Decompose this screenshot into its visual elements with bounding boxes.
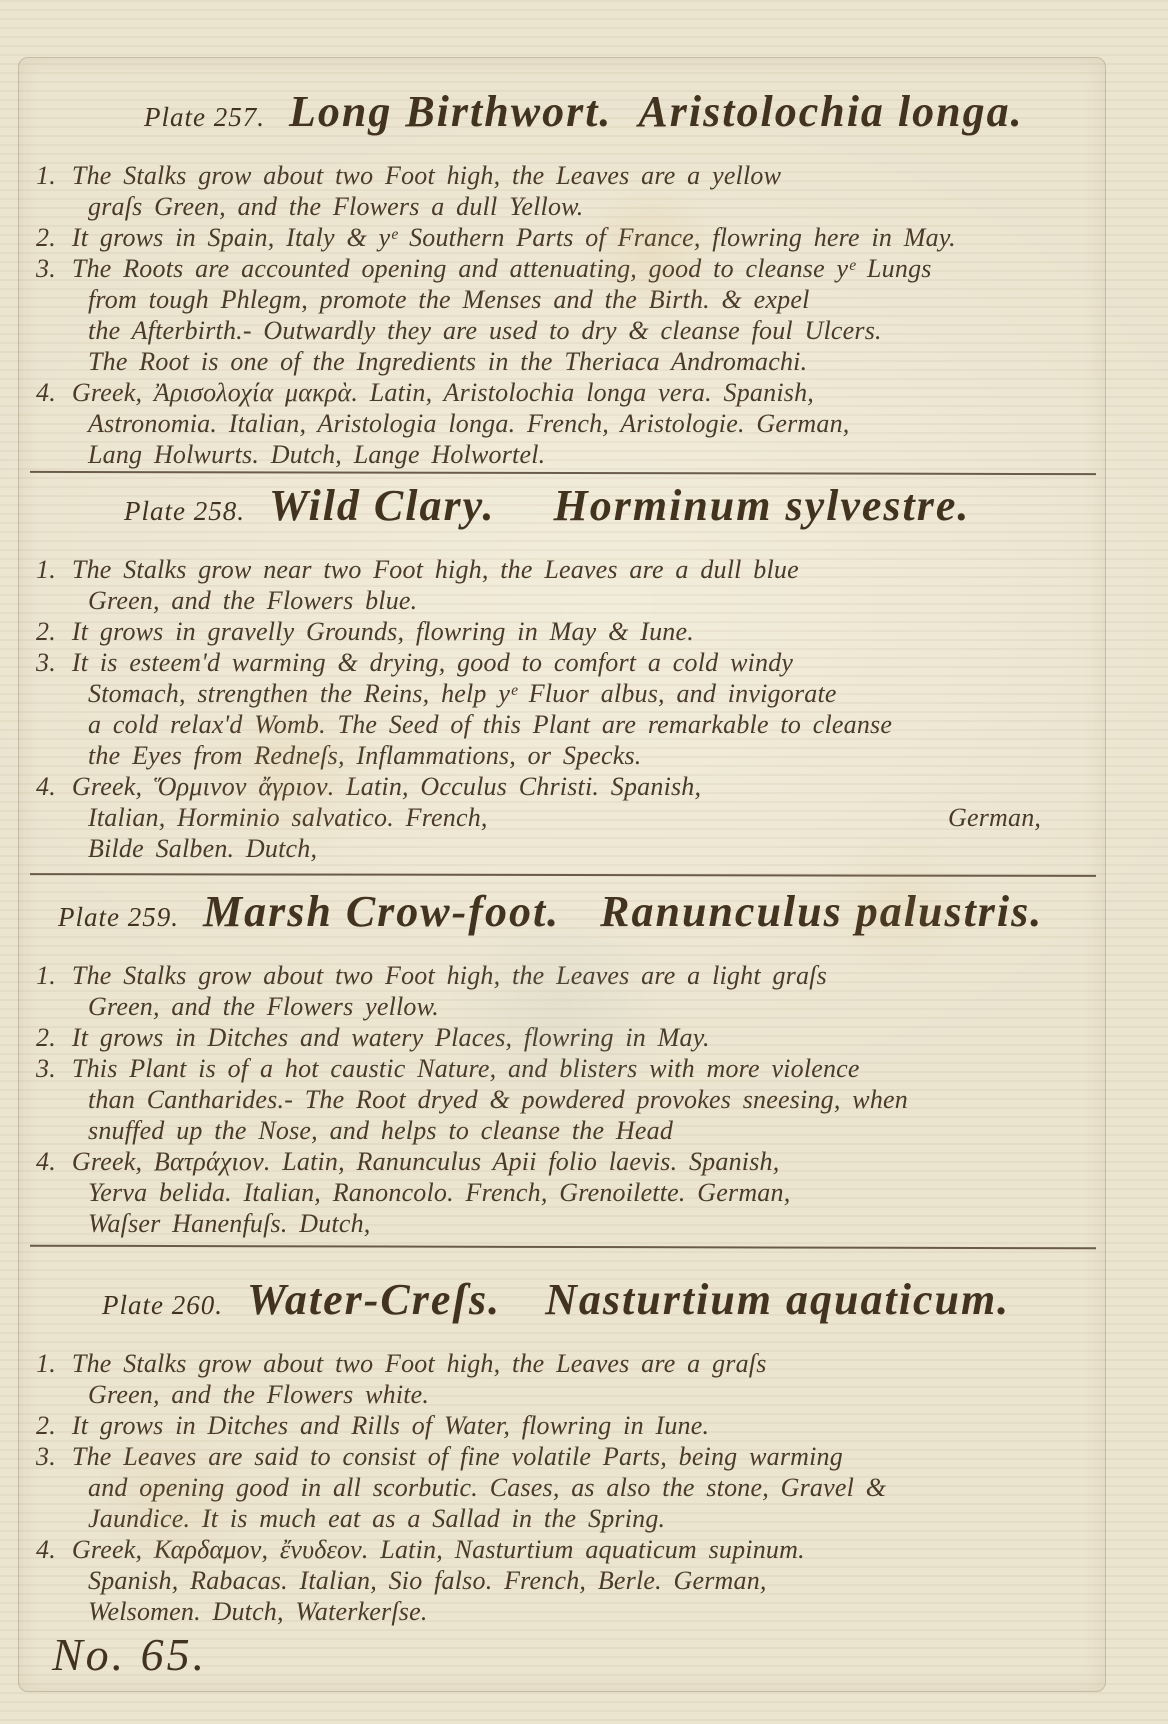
item-line: 4.Greek, Καρδαμον, ἔνυδεον. Latin, Nastu… — [36, 1534, 1098, 1565]
description-item: 1.The Stalks grow about two Foot high, t… — [36, 960, 1098, 1022]
description-item: 3.The Leaves are said to consist of fine… — [36, 1441, 1098, 1534]
item-text: The Roots are accounted opening and atte… — [72, 254, 932, 283]
item-line: Astronomia. Italian, Aristologia longa. … — [88, 408, 1098, 439]
item-line: Yerva belida. Italian, Ranoncolo. French… — [88, 1177, 1098, 1208]
item-line: 2.It grows in gravelly Grounds, flowring… — [36, 616, 1098, 647]
item-line: 3.It is esteem'd warming & drying, good … — [36, 647, 1098, 678]
page-number: No. 65. — [52, 1628, 207, 1681]
item-line: from tough Phlegm, promote the Menses an… — [88, 284, 1098, 315]
plate-number-label: Plate 260. — [102, 1290, 223, 1320]
item-line: 1.The Stalks grow about two Foot high, t… — [36, 960, 1098, 991]
names-in-languages-item: 4.Greek, Καρδαμον, ἔνυδεον. Latin, Nastu… — [36, 1534, 1098, 1627]
item-line: 1.The Stalks grow about two Foot high, t… — [36, 160, 1098, 191]
item-text: It is esteem'd warming & drying, good to… — [72, 648, 793, 677]
item-line: graſs Green, and the Flowers a dull Yell… — [88, 191, 1098, 222]
item-number: 1. — [36, 555, 56, 584]
item-line: 2.It grows in Ditches and watery Places,… — [36, 1022, 1098, 1053]
plant-name-latin: Aristolochia longa. — [638, 87, 1023, 136]
item-text: Greek, Βατράχιον. Latin, Ranunculus Apii… — [72, 1147, 780, 1176]
item-text: Greek, Ὅρμινον ἄγριον. Latin, Occulus Ch… — [72, 772, 701, 801]
section-plate-257: Plate 257.Long Birthwort.Aristolochia lo… — [36, 84, 1098, 470]
description-item: 1.The Stalks grow near two Foot high, th… — [36, 554, 1098, 616]
section-title: Plate 260.Water-Creſs.Nasturtium aquatic… — [36, 1272, 1098, 1338]
item-number: 3. — [36, 1442, 56, 1471]
item-number: 4. — [36, 1147, 56, 1176]
item-text: The Stalks grow about two Foot high, the… — [72, 1349, 767, 1378]
right-aligned-word: German, — [948, 802, 1041, 833]
names-in-languages-item: 4.Greek, Ἀρισολοχία μακρὰ. Latin, Aristo… — [36, 377, 1098, 470]
item-number: 2. — [36, 1411, 56, 1440]
names-in-languages-item: 4.Greek, Ὅρμινον ἄγριον. Latin, Occulus … — [36, 771, 1098, 864]
section-title: Plate 257.Long Birthwort.Aristolochia lo… — [36, 84, 1098, 150]
item-line: 4.Greek, Βατράχιον. Latin, Ranunculus Ap… — [36, 1146, 1098, 1177]
item-number: 2. — [36, 1023, 56, 1052]
section-plate-260: Plate 260.Water-Creſs.Nasturtium aquatic… — [36, 1272, 1098, 1627]
plate-number-label: Plate 258. — [124, 496, 245, 526]
item-line: the Eyes from Redneſs, Inflammations, or… — [88, 740, 1098, 771]
item-line: Stomach, strengthen the Reins, help yᵉ F… — [88, 678, 1098, 709]
item-line: Spanish, Rabacas. Italian, Sio falso. Fr… — [88, 1565, 1098, 1596]
item-text: This Plant is of a hot caustic Nature, a… — [72, 1054, 860, 1083]
item-line: Jaundice. It is much eat as a Sallad in … — [88, 1503, 1098, 1534]
item-number: 1. — [36, 161, 56, 190]
item-number: 1. — [36, 961, 56, 990]
description-item: 1.The Stalks grow about two Foot high, t… — [36, 160, 1098, 222]
section-title: Plate 259.Marsh Crow-foot.Ranunculus pal… — [36, 884, 1098, 950]
description-item: 3.The Roots are accounted opening and at… — [36, 253, 1098, 377]
item-number: 4. — [36, 772, 56, 801]
item-text: Greek, Καρδαμον, ἔνυδεον. Latin, Nasturt… — [72, 1535, 805, 1564]
item-line: 3.The Leaves are said to consist of fine… — [36, 1441, 1098, 1472]
item-number: 4. — [36, 378, 56, 407]
item-line: a cold relax'd Womb. The Seed of this Pl… — [88, 709, 1098, 740]
plate-number-label: Plate 257. — [144, 102, 265, 132]
item-line: The Root is one of the Ingredients in th… — [88, 346, 1098, 377]
plant-name-latin: Nasturtium aquaticum. — [545, 1275, 1010, 1324]
description-item: 2.It grows in Ditches and watery Places,… — [36, 1022, 1098, 1053]
item-line: Green, and the Flowers blue. — [88, 585, 1098, 616]
item-line: 4.Greek, Ἀρισολοχία μακρὰ. Latin, Aristo… — [36, 377, 1098, 408]
item-line: snuffed up the Nose, and helps to cleans… — [88, 1115, 1098, 1146]
description-item: 3.This Plant is of a hot caustic Nature,… — [36, 1053, 1098, 1146]
item-line: 4.Greek, Ὅρμινον ἄγριον. Latin, Occulus … — [36, 771, 1098, 802]
item-text: The Stalks grow near two Foot high, the … — [72, 555, 799, 584]
item-line: 1.The Stalks grow near two Foot high, th… — [36, 554, 1098, 585]
item-line: Green, and the Flowers white. — [88, 1379, 1098, 1410]
section-plate-259: Plate 259.Marsh Crow-foot.Ranunculus pal… — [36, 884, 1098, 1239]
item-line: 3.This Plant is of a hot caustic Nature,… — [36, 1053, 1098, 1084]
plant-name-english: Long Birthwort. — [289, 87, 612, 136]
item-line: Waſser Hanenfuſs. Dutch, — [88, 1208, 1098, 1239]
item-text: It grows in Ditches and watery Places, f… — [72, 1023, 710, 1052]
plant-name-english: Wild Clary. — [269, 481, 496, 530]
names-in-languages-item: 4.Greek, Βατράχιον. Latin, Ranunculus Ap… — [36, 1146, 1098, 1239]
description-item: 2.It grows in Ditches and Rills of Water… — [36, 1410, 1098, 1441]
item-text: The Leaves are said to consist of fine v… — [72, 1442, 843, 1471]
item-number: 4. — [36, 1535, 56, 1564]
item-line: Welsomen. Dutch, Waterkerſse. — [88, 1596, 1098, 1627]
item-line: than Cantharides.- The Root dryed & powd… — [88, 1084, 1098, 1115]
description-item: 3.It is esteem'd warming & drying, good … — [36, 647, 1098, 771]
item-line: Bilde Salben. Dutch, — [88, 833, 1098, 864]
item-number: 2. — [36, 223, 56, 252]
item-line: the Afterbirth.- Outwardly they are used… — [88, 315, 1098, 346]
item-text: It grows in Ditches and Rills of Water, … — [72, 1411, 709, 1440]
item-line: Italian, Horminio salvatico. French,Germ… — [88, 802, 1098, 833]
section-divider — [30, 471, 1096, 475]
plant-name-latin: Ranunculus palustris. — [600, 887, 1043, 936]
item-line: 2.It grows in Spain, Italy & yᵉ Southern… — [36, 222, 1098, 253]
plant-name-english: Marsh Crow-foot. — [203, 887, 560, 936]
description-item: 1.The Stalks grow about two Foot high, t… — [36, 1348, 1098, 1410]
plate-number-label: Plate 259. — [58, 902, 179, 932]
item-line: 3.The Roots are accounted opening and at… — [36, 253, 1098, 284]
item-text: The Stalks grow about two Foot high, the… — [72, 161, 781, 190]
item-line: 2.It grows in Ditches and Rills of Water… — [36, 1410, 1098, 1441]
plant-name-latin: Horminum sylvestre. — [554, 481, 971, 530]
section-title: Plate 258.Wild Clary.Horminum sylvestre. — [36, 478, 1098, 544]
item-number: 1. — [36, 1349, 56, 1378]
herbal-page: Plate 257.Long Birthwort.Aristolochia lo… — [0, 0, 1168, 1724]
item-number: 3. — [36, 1054, 56, 1083]
item-number: 2. — [36, 617, 56, 646]
item-number: 3. — [36, 648, 56, 677]
item-text: It grows in gravelly Grounds, flowring i… — [72, 617, 694, 646]
item-text: The Stalks grow about two Foot high, the… — [72, 961, 827, 990]
section-plate-258: Plate 258.Wild Clary.Horminum sylvestre.… — [36, 478, 1098, 864]
item-line: and opening good in all scorbutic. Cases… — [88, 1472, 1098, 1503]
item-line: Green, and the Flowers yellow. — [88, 991, 1098, 1022]
section-divider — [30, 873, 1096, 877]
item-number: 3. — [36, 254, 56, 283]
item-line: 1.The Stalks grow about two Foot high, t… — [36, 1348, 1098, 1379]
section-divider — [30, 1245, 1096, 1250]
item-text: Italian, Horminio salvatico. French, — [88, 803, 488, 832]
description-item: 2.It grows in Spain, Italy & yᵉ Southern… — [36, 222, 1098, 253]
item-line: Lang Holwurts. Dutch, Lange Holwortel. — [88, 439, 1098, 470]
description-item: 2.It grows in gravelly Grounds, flowring… — [36, 616, 1098, 647]
plant-name-english: Water-Creſs. — [247, 1275, 501, 1324]
item-text: It grows in Spain, Italy & yᵉ Southern P… — [72, 223, 956, 252]
item-text: Greek, Ἀρισολοχία μακρὰ. Latin, Aristolo… — [72, 378, 814, 407]
